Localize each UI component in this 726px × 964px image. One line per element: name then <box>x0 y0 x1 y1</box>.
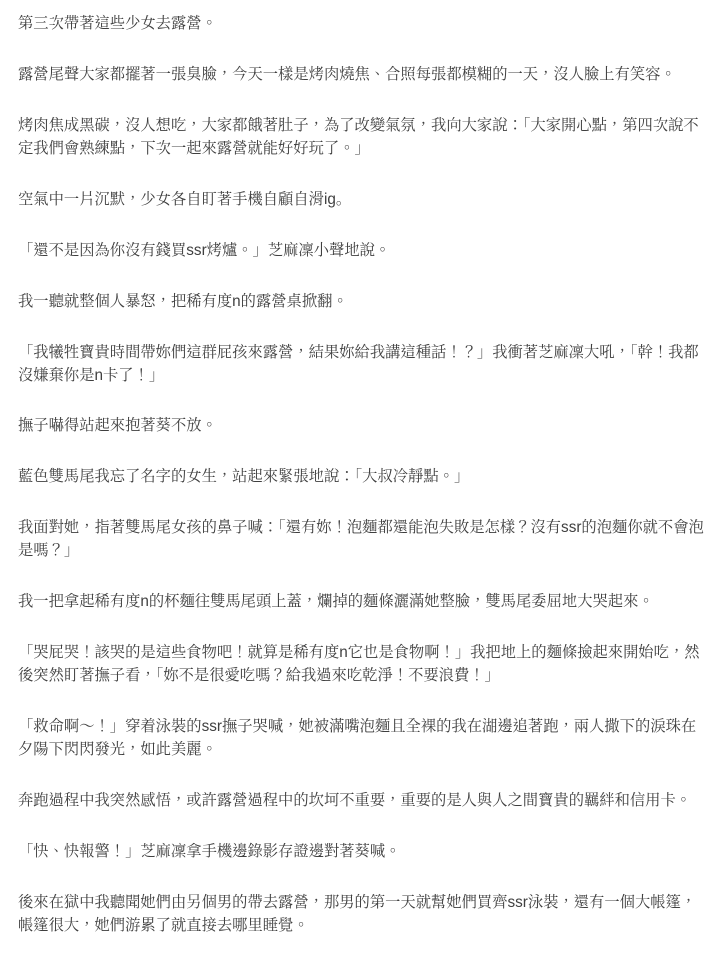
paragraph: 「哭屁哭！該哭的是這些食物吧！就算是稀有度n它也是食物啊！」我把地上的麵條撿起來… <box>18 642 708 688</box>
paragraph: 「救命啊～！」穿着泳裝的ssr撫子哭喊，她被滿嘴泡麵且全裸的我在湖邊追著跑，兩人… <box>18 716 708 762</box>
paragraph: 我一聽就整個人暴怒，把稀有度n的露營桌掀翻。 <box>18 291 708 314</box>
paragraph: 「我犧牲寶貴時間帶妳們這群屁孩來露營，結果妳給我講這種話！？」我衝著芝麻凜大吼，… <box>18 342 708 388</box>
article-body: 第三次帶著這些少女去露營。露營尾聲大家都擺著一張臭臉，今天一樣是烤肉燒焦、合照每… <box>0 0 726 938</box>
paragraph: 後來在獄中我聽聞她們由另個男的帶去露營，那男的第一天就幫她們買齊ssr泳裝，還有… <box>18 892 708 938</box>
paragraph: 「還不是因為你沒有錢買ssr烤爐。」芝麻凜小聲地說。 <box>18 240 708 263</box>
paragraph: 第三次帶著這些少女去露營。 <box>18 13 708 36</box>
paragraph: 空氣中一片沉默，少女各自盯著手機自顧自滑ig。 <box>18 189 708 212</box>
paragraph: 烤肉焦成黑碳，沒人想吃，大家都餓著肚子，為了改變氣氛，我向大家說：「大家開心點，… <box>18 115 708 161</box>
paragraph: 奔跑過程中我突然感悟，或許露營過程中的坎坷不重要，重要的是人與人之間寶貴的羈絆和… <box>18 790 708 813</box>
paragraph: 露營尾聲大家都擺著一張臭臉，今天一樣是烤肉燒焦、合照每張都模糊的一天，沒人臉上有… <box>18 64 708 87</box>
paragraph: 我面對她，指著雙馬尾女孩的鼻子喊：「還有妳！泡麵都還能泡失敗是怎樣？沒有ssr的… <box>18 517 708 563</box>
paragraph: 「快、快報警！」芝麻凜拿手機邊錄影存證邊對著葵喊。 <box>18 841 708 864</box>
paragraph: 我一把拿起稀有度n的杯麵往雙馬尾頭上蓋，爛掉的麵條灑滿她整臉，雙馬尾委屈地大哭起… <box>18 591 708 614</box>
paragraph: 藍色雙馬尾我忘了名字的女生，站起來緊張地說：「大叔冷靜點。」 <box>18 466 708 489</box>
paragraph: 撫子嚇得站起來抱著葵不放。 <box>18 415 708 438</box>
